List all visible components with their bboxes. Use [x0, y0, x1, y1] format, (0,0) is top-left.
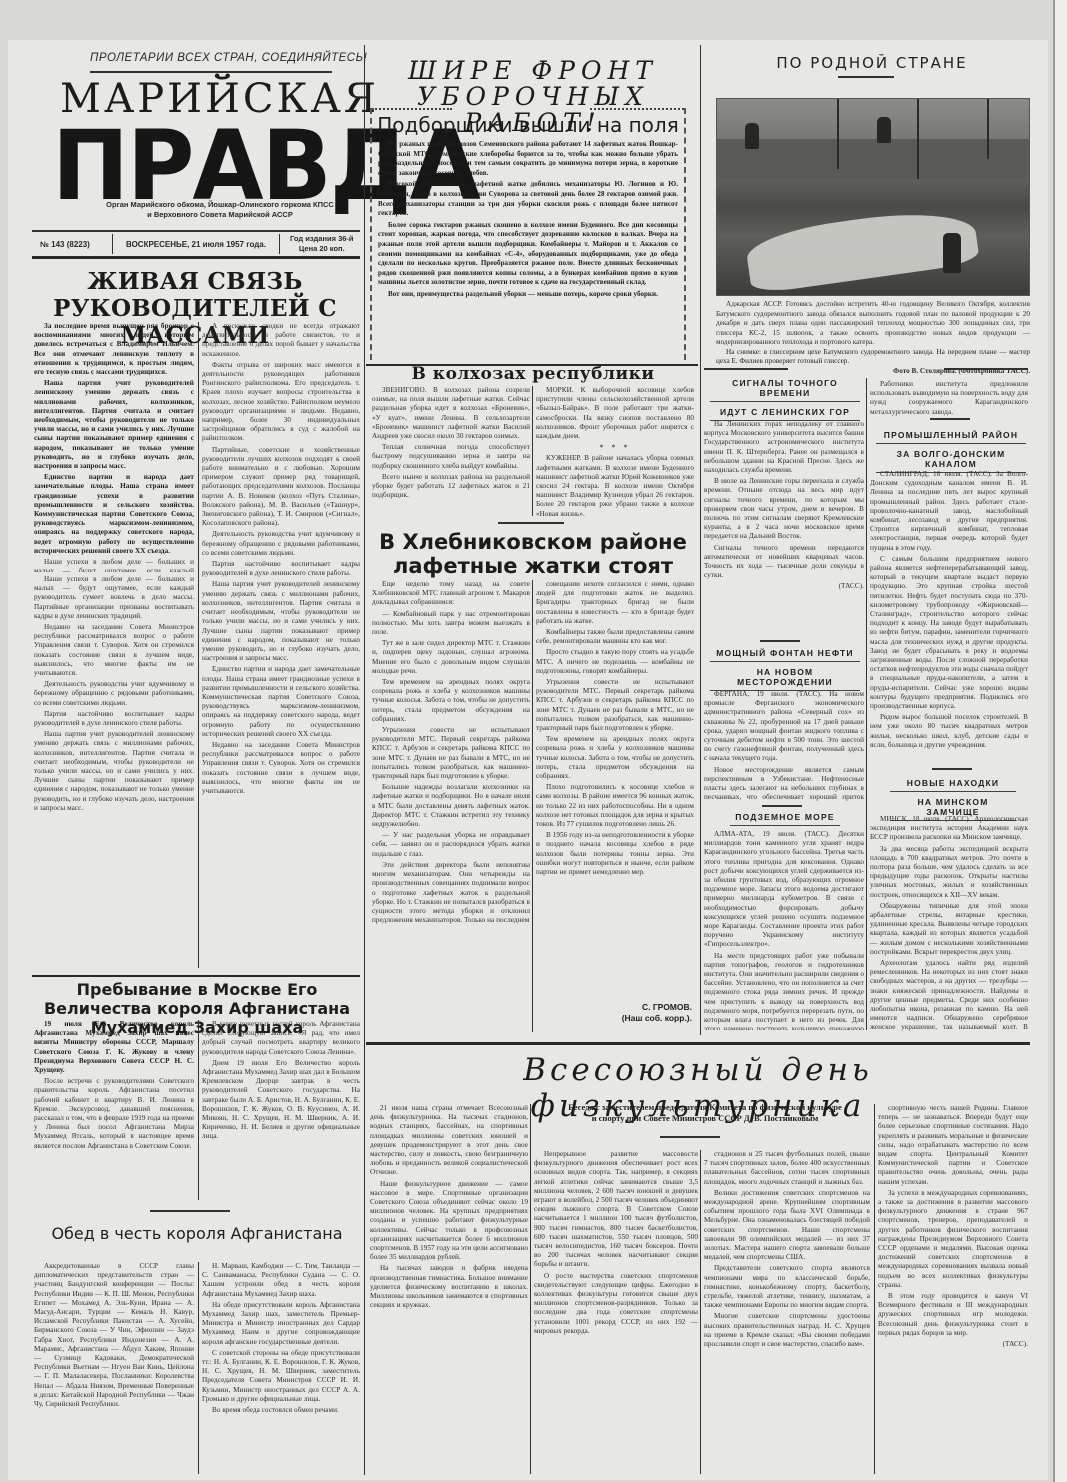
column-rule	[530, 1104, 531, 1474]
year-price: Год издания 36-й Цена 20 коп.	[290, 234, 354, 254]
hlebnikovo-headline-line1: В Хлебниковском районе	[368, 530, 698, 554]
column-rule	[364, 45, 365, 1475]
afghan-paragraph: После встречи с руководителями Советског…	[34, 1077, 194, 1151]
photo-detail	[745, 123, 759, 149]
lead-paragraph: Недавно на заседании Совета Министров ре…	[202, 741, 360, 796]
article-paragraph: Обнаружены типичные для этой эпохи арбал…	[870, 902, 1028, 957]
column-rule	[532, 386, 533, 516]
harvest-paragraph: Более сорока гектаров ржаных скошено в к…	[378, 221, 678, 288]
lead-paragraph: Наша партия учит руководителей ленинском…	[34, 730, 194, 813]
shipyard-photo	[716, 98, 1030, 296]
sport-paragraph: 21 июля наша страна отмечает Всесоюзный …	[370, 1104, 528, 1178]
industrial-heading: ПРОМЫШЛЕННЫЙ РАЙОН ЗА ВОЛГО-ДОНСКИМ КАНА…	[876, 430, 1026, 473]
column-rule	[532, 580, 533, 1032]
dinner-paragraph: С советской стороны на обеде присутствов…	[202, 1349, 360, 1404]
kolhoz-column-2: МОРКИ. К выборочной косовице хлебов прис…	[536, 386, 694, 516]
sport-paragraph: На тысячах заводов и фабрик введена прои…	[370, 1264, 528, 1310]
lead-paragraph: Единство партии и народа дает замечатель…	[34, 473, 194, 556]
afghan-visit-column-1: 19 июля Его Величество король Афганистан…	[34, 1020, 194, 1200]
dinner-paragraph: Аккредитованные в СССР главы дипломатиче…	[34, 1262, 194, 1409]
issue-date: ВОСКРЕСЕНЬЕ, 21 июля 1957 года.	[126, 240, 266, 249]
lead-column-2: А поскольку сводки не всегда отражают де…	[202, 322, 360, 968]
article-paragraph: Работники института предложили использов…	[870, 380, 1028, 417]
lead-paragraph: Наша партия учит руководителей ленинском…	[202, 580, 360, 663]
kolhoz-column-1: ЗВЕНИГОВО. В колхозах района созрели ози…	[372, 386, 530, 516]
price: Цена 20 коп.	[290, 244, 354, 254]
harvest-box-headline: Подборщики вышли на поля	[374, 114, 682, 137]
column-rule	[198, 1020, 199, 1200]
sport-paragraph: Наше физкультурное движение — самое масс…	[370, 1180, 528, 1263]
rubric-underline	[838, 76, 894, 78]
hlebnikovo-paragraph: Тем временем на арендных полях округа со…	[372, 678, 530, 724]
article-paragraph: ФЕРГАНА, 19 июля. (ТАСС). На новом промы…	[704, 690, 864, 764]
section-rule	[930, 418, 970, 420]
subhead: НА НОВОМ МЕСТОРОЖДЕНИИ	[710, 667, 860, 691]
hlebnikovo-paragraph: Еще неделю тому назад на совете Хлебнико…	[372, 580, 530, 608]
lead-paragraph: Партия настойчиво воспитывает кадры руко…	[202, 560, 360, 578]
dinner-column-1: Аккредитованные в СССР главы дипломатиче…	[34, 1262, 194, 1474]
time-signals-heading: СИГНАЛЫ ТОЧНОГО ВРЕМЕНИ ИДУТ С ЛЕНИНСКИХ…	[710, 378, 860, 421]
sea-heading: ПОДЗЕМНОЕ МОРЕ	[730, 812, 840, 826]
lead-column-1: За последнее время выпущен ряд брошюр с …	[34, 322, 194, 572]
photo-detail	[917, 99, 919, 179]
dinner-paragraph: Н. Марваш, Камбоджи — С. Тим, Таиланда —…	[202, 1262, 360, 1299]
subhead: СИГНАЛЫ ТОЧНОГО ВРЕМЕНИ	[710, 378, 860, 402]
harvest-paragraph: На ржаных полях колхозов Семеновского ра…	[378, 140, 678, 178]
photo-detail	[877, 117, 891, 143]
sport-paragraph: Многие советские спортсмены удостоены вы…	[704, 1312, 870, 1349]
hlebnikovo-column-2: совещании нехотя согласился с ними, одна…	[536, 580, 694, 1000]
country-rubric: ПО РОДНОЙ СТРАНЕ	[704, 54, 1040, 72]
sport-paragraph: (ТАСС).	[878, 1340, 1028, 1349]
lead-paragraph: А поскольку сводки не всегда отражают де…	[202, 322, 360, 359]
sport-paragraph: Представители советского спорта являются…	[704, 1264, 870, 1310]
afghan-paragraph: 19 июля Его Величество король Афганистан…	[34, 1020, 194, 1075]
sport-column-3: стадионов и 25 тысяч футбольных полей, с…	[704, 1150, 870, 1474]
subhead: НОВЫЕ НАХОДКИ	[890, 778, 1016, 792]
motto: ПРОЛЕТАРИИ ВСЕХ СТРАН, СОЕДИНЯЙТЕСЬ!	[90, 52, 367, 64]
finds-text: МИНСК, 18 июля. (ТАСС). Археологическая …	[870, 815, 1028, 1033]
lead-paragraph: За последнее время выпущен ряд брошюр с …	[34, 322, 194, 377]
afghan-paragraph: Днем 19 июля Его Величество король Афган…	[202, 1059, 360, 1142]
article-paragraph: (ТАСС).	[704, 582, 864, 591]
article-paragraph: На месте предстоящих работ уже побывали …	[704, 952, 864, 1030]
section-rule	[944, 368, 1028, 370]
article-paragraph: АЛМА-АТА, 19 июля. (ТАСС). Десятки милли…	[704, 830, 864, 950]
author-note: (Наш соб. корр.).	[536, 1013, 692, 1024]
harvest-headline-line1: ШИРЕ ФРОНТ	[368, 58, 698, 84]
publisher-line-1: Орган Марийского обкома, Йошкар-Олинског…	[80, 200, 360, 210]
dinner-column-2: Н. Марваш, Камбоджи — С. Тим, Таиланда —…	[202, 1262, 360, 1474]
sport-column-2: Непрерывное развитие массовости физкульт…	[534, 1150, 698, 1474]
dinner-paragraph: На обеде присутствовали король Афганиста…	[202, 1301, 360, 1347]
subhead: ИДУТ С ЛЕНИНСКИХ ГОР	[710, 407, 860, 421]
column-rule	[874, 1104, 875, 1474]
institute-text: Работники института предложили использов…	[870, 380, 1028, 420]
article-paragraph: СТАЛИНГРАД, 18 июля. (ТАСС). За Волго-До…	[870, 470, 1028, 553]
lead-paragraph: Недавно на заседании Совета Министров ре…	[34, 623, 194, 678]
publisher-line: Орган Марийского обкома, Йошкар-Олинског…	[80, 200, 360, 220]
hlebnikovo-paragraph: Эти действия директора были непонятны мн…	[372, 861, 530, 925]
lead-column-1-cont: Наши успехи в любом деле — больших и мал…	[34, 575, 194, 970]
oil-heading: МОЩНЫЙ ФОНТАН НЕФТИ НА НОВОМ МЕСТОРОЖДЕН…	[710, 648, 860, 691]
hlebnikovo-paragraph: Большие надежды возлагали колхозники на …	[372, 783, 530, 829]
kolhoz-headline: В колхозах республики	[368, 364, 698, 384]
article-paragraph: Сигналы точного времени передаются автом…	[704, 544, 864, 581]
photo-detail	[943, 233, 961, 273]
sport-paragraph: В этом году проводится в канун VI Всемир…	[878, 1292, 1028, 1338]
afghan-visit-column-2: В книге почетных гостей король Афганиста…	[202, 1020, 360, 1200]
subhead: МОЩНЫЙ ФОНТАН НЕФТИ	[710, 648, 860, 662]
harvest-paragraph: Высокой выработки на лафетной жатке доби…	[378, 180, 678, 218]
hlebnikovo-headline: В Хлебниковском районе лафетные жатки ст…	[368, 530, 698, 578]
publication-year: Год издания 36-й	[290, 234, 354, 244]
lead-paragraph: Наша партия учит руководителей ленинском…	[34, 379, 194, 471]
subhead: ПРОМЫШЛЕННЫЙ РАЙОН	[876, 430, 1026, 444]
article-paragraph: Археологам удалось найти ряд изделий рем…	[870, 959, 1028, 1033]
sport-paragraph: О росте мастерства советских спортсменов…	[534, 1272, 698, 1336]
kolhoz-paragraph: МОРКИ. К выборочной косовице хлебов прис…	[536, 386, 694, 441]
hlebnikovo-signature: С. ГРОМОВ. (Наш соб. корр.).	[536, 1002, 692, 1024]
infobar-divider	[279, 234, 280, 254]
sport-paragraph: За успехи в международных соревнованиях,…	[878, 1189, 1028, 1290]
lead-paragraph: Наши успехи в любом деле — больших и мал…	[34, 575, 194, 621]
kolhoz-paragraph: ЗВЕНИГОВО. В колхозах района созрели ози…	[372, 386, 530, 441]
hlebnikovo-paragraph: Просто стыдно в такую пору стоять на уса…	[536, 648, 694, 676]
kolhoz-separator: * * *	[536, 443, 694, 452]
lead-paragraph: Деятельность руководства учит вдумчивому…	[202, 530, 360, 558]
section-rule	[498, 522, 564, 524]
sport-rule	[366, 1042, 1030, 1045]
lead-paragraph: Единство партии и народа дает замечатель…	[202, 665, 360, 739]
article-paragraph: На Ленинских горах неподалеку от главног…	[704, 420, 864, 475]
masthead-rule-top	[32, 230, 360, 232]
lead-paragraph: Партия настойчиво воспитывает кадры руко…	[34, 710, 194, 728]
hlebnikovo-paragraph: совещании нехотя согласился с ними, одна…	[536, 580, 694, 626]
issue-number: № 143 (8223)	[40, 240, 90, 249]
hlebnikovo-paragraph: Тем временем на арендных полях округа со…	[536, 735, 694, 781]
sport-paragraph: спортивную честь нашей Родины. Главное т…	[878, 1104, 1028, 1187]
hlebnikovo-paragraph: Тут же в зале сидел директор МТС т. Стаж…	[372, 639, 530, 676]
sport-paragraph: Непрерывное развитие массовости физкульт…	[534, 1150, 698, 1270]
caption-text: Аджарская АССР. Готовясь достойно встрет…	[716, 300, 1030, 348]
sport-column-4: спортивную честь нашей Родины. Главное т…	[878, 1104, 1028, 1474]
kolhoz-paragraph: Всего нынче в колхозах района на раздель…	[372, 473, 530, 501]
hlebnikovo-paragraph: — Комбайновый парк у нас отремонтирован …	[372, 610, 530, 638]
dinner-headline: Обед в честь короля Афганистана	[34, 1222, 360, 1245]
lead-paragraph: Партийные, советские и хозяйственные рук…	[202, 446, 360, 529]
subtitle-line: и спорту при Совете Министров СССР Д. В.…	[530, 1113, 880, 1124]
hlebnikovo-paragraph: — У нас раздельная уборка не оправдывает…	[372, 831, 530, 859]
hlebnikovo-paragraph: В 1956 году из-за неподготовленности к у…	[536, 831, 694, 877]
hlebnikovo-column-1: Еще неделю тому назад на совете Хлебнико…	[372, 580, 530, 1032]
section-rule	[150, 1210, 230, 1212]
column-rule	[700, 1150, 701, 1474]
column-rule	[866, 378, 867, 1030]
masthead-rule-bottom	[32, 256, 360, 259]
sport-paragraph: Велики достижения советских спортсменов …	[704, 1189, 870, 1263]
article-paragraph: Рядом вырос большой поселок строителей. …	[870, 713, 1028, 750]
lead-paragraph: Факты отрыва от широких масс имеются в д…	[202, 361, 360, 444]
column-rule	[198, 1262, 199, 1474]
publisher-line-2: и Верховного Совета Марийской АССР	[80, 210, 360, 220]
hlebnikovo-headline-line2: лафетные жатки стоят	[368, 554, 698, 578]
infobar-divider	[112, 234, 113, 254]
industrial-text: СТАЛИНГРАД, 18 июля. (ТАСС). За Волго-До…	[870, 470, 1028, 760]
section-rule	[32, 975, 360, 977]
lead-paragraph: Наши успехи в любом деле — больших и мал…	[34, 558, 194, 572]
article-paragraph: Новое месторождение является самым персп…	[704, 766, 864, 802]
kolhoz-paragraph: КУЖЕНЕР. В районе началась уборка озимых…	[536, 454, 694, 516]
hlebnikovo-paragraph: Комбайнеры также были предоставлены сами…	[536, 628, 694, 646]
subhead: ПОДЗЕМНОЕ МОРЕ	[730, 812, 840, 826]
author-name: С. ГРОМОВ.	[536, 1002, 692, 1013]
column-rule	[198, 322, 199, 968]
article-paragraph: МИНСК, 18 июля. (ТАСС). Археологическая …	[870, 815, 1028, 843]
sea-text: АЛМА-АТА, 19 июля. (ТАСС). Десятки милли…	[704, 830, 864, 1030]
photo-detail	[717, 139, 1030, 179]
section-rule	[762, 805, 802, 807]
column-rule	[700, 45, 701, 1035]
harvest-box-text: На ржаных полях колхозов Семеновского ра…	[378, 140, 678, 358]
article-paragraph: В июле на Ленинские горы переехала и слу…	[704, 477, 864, 541]
photo-detail	[837, 99, 839, 169]
section-rule	[760, 640, 800, 642]
lead-paragraph: Деятельность руководства учит вдумчивому…	[34, 680, 194, 708]
hlebnikovo-paragraph: Плохо подготовились к косовице хлебов и …	[536, 783, 694, 829]
time-signals-text: На Ленинских горах неподалеку от главног…	[704, 420, 864, 642]
page-edge	[1053, 0, 1067, 1482]
motto-underline	[90, 71, 332, 73]
subtitle-line: Беседа с заместителем председателя Комит…	[530, 1102, 880, 1113]
article-paragraph: За два месяца работы экспедицией вскрыта…	[870, 845, 1028, 900]
sport-column-1: 21 июля наша страна отмечает Всесоюзный …	[370, 1104, 528, 1474]
oil-text: ФЕРГАНА, 19 июля. (ТАСС). На новом промы…	[704, 690, 864, 802]
harvest-paragraph: Вот они, преимущества раздельной уборки …	[378, 290, 678, 300]
sport-paragraph: стадионов и 25 тысяч футбольных полей, с…	[704, 1150, 870, 1187]
kolhoz-paragraph: Теплая солнечная погода способствует быс…	[372, 443, 530, 471]
section-rule	[704, 368, 788, 370]
sport-interview-subtitle: Беседа с заместителем председателя Комит…	[530, 1102, 880, 1124]
photo-detail	[987, 99, 989, 159]
photo-caption: Аджарская АССР. Готовясь достойно встрет…	[716, 300, 1030, 376]
article-paragraph: С самым большим предприятием нового райо…	[870, 555, 1028, 711]
hlebnikovo-paragraph: Угрызения совести не испытывают руководи…	[536, 678, 694, 733]
section-rule	[932, 768, 972, 770]
afghan-paragraph: В книге почетных гостей король Афганиста…	[202, 1020, 360, 1057]
section-rule	[660, 1136, 720, 1138]
dinner-paragraph: Во время обеда состоялся обмен речами.	[202, 1406, 360, 1415]
hlebnikovo-paragraph: Угрызения совести не испытывают руководи…	[372, 726, 530, 781]
caption-note: На снимке: в глиссерном цехе Батумского …	[716, 348, 1030, 367]
